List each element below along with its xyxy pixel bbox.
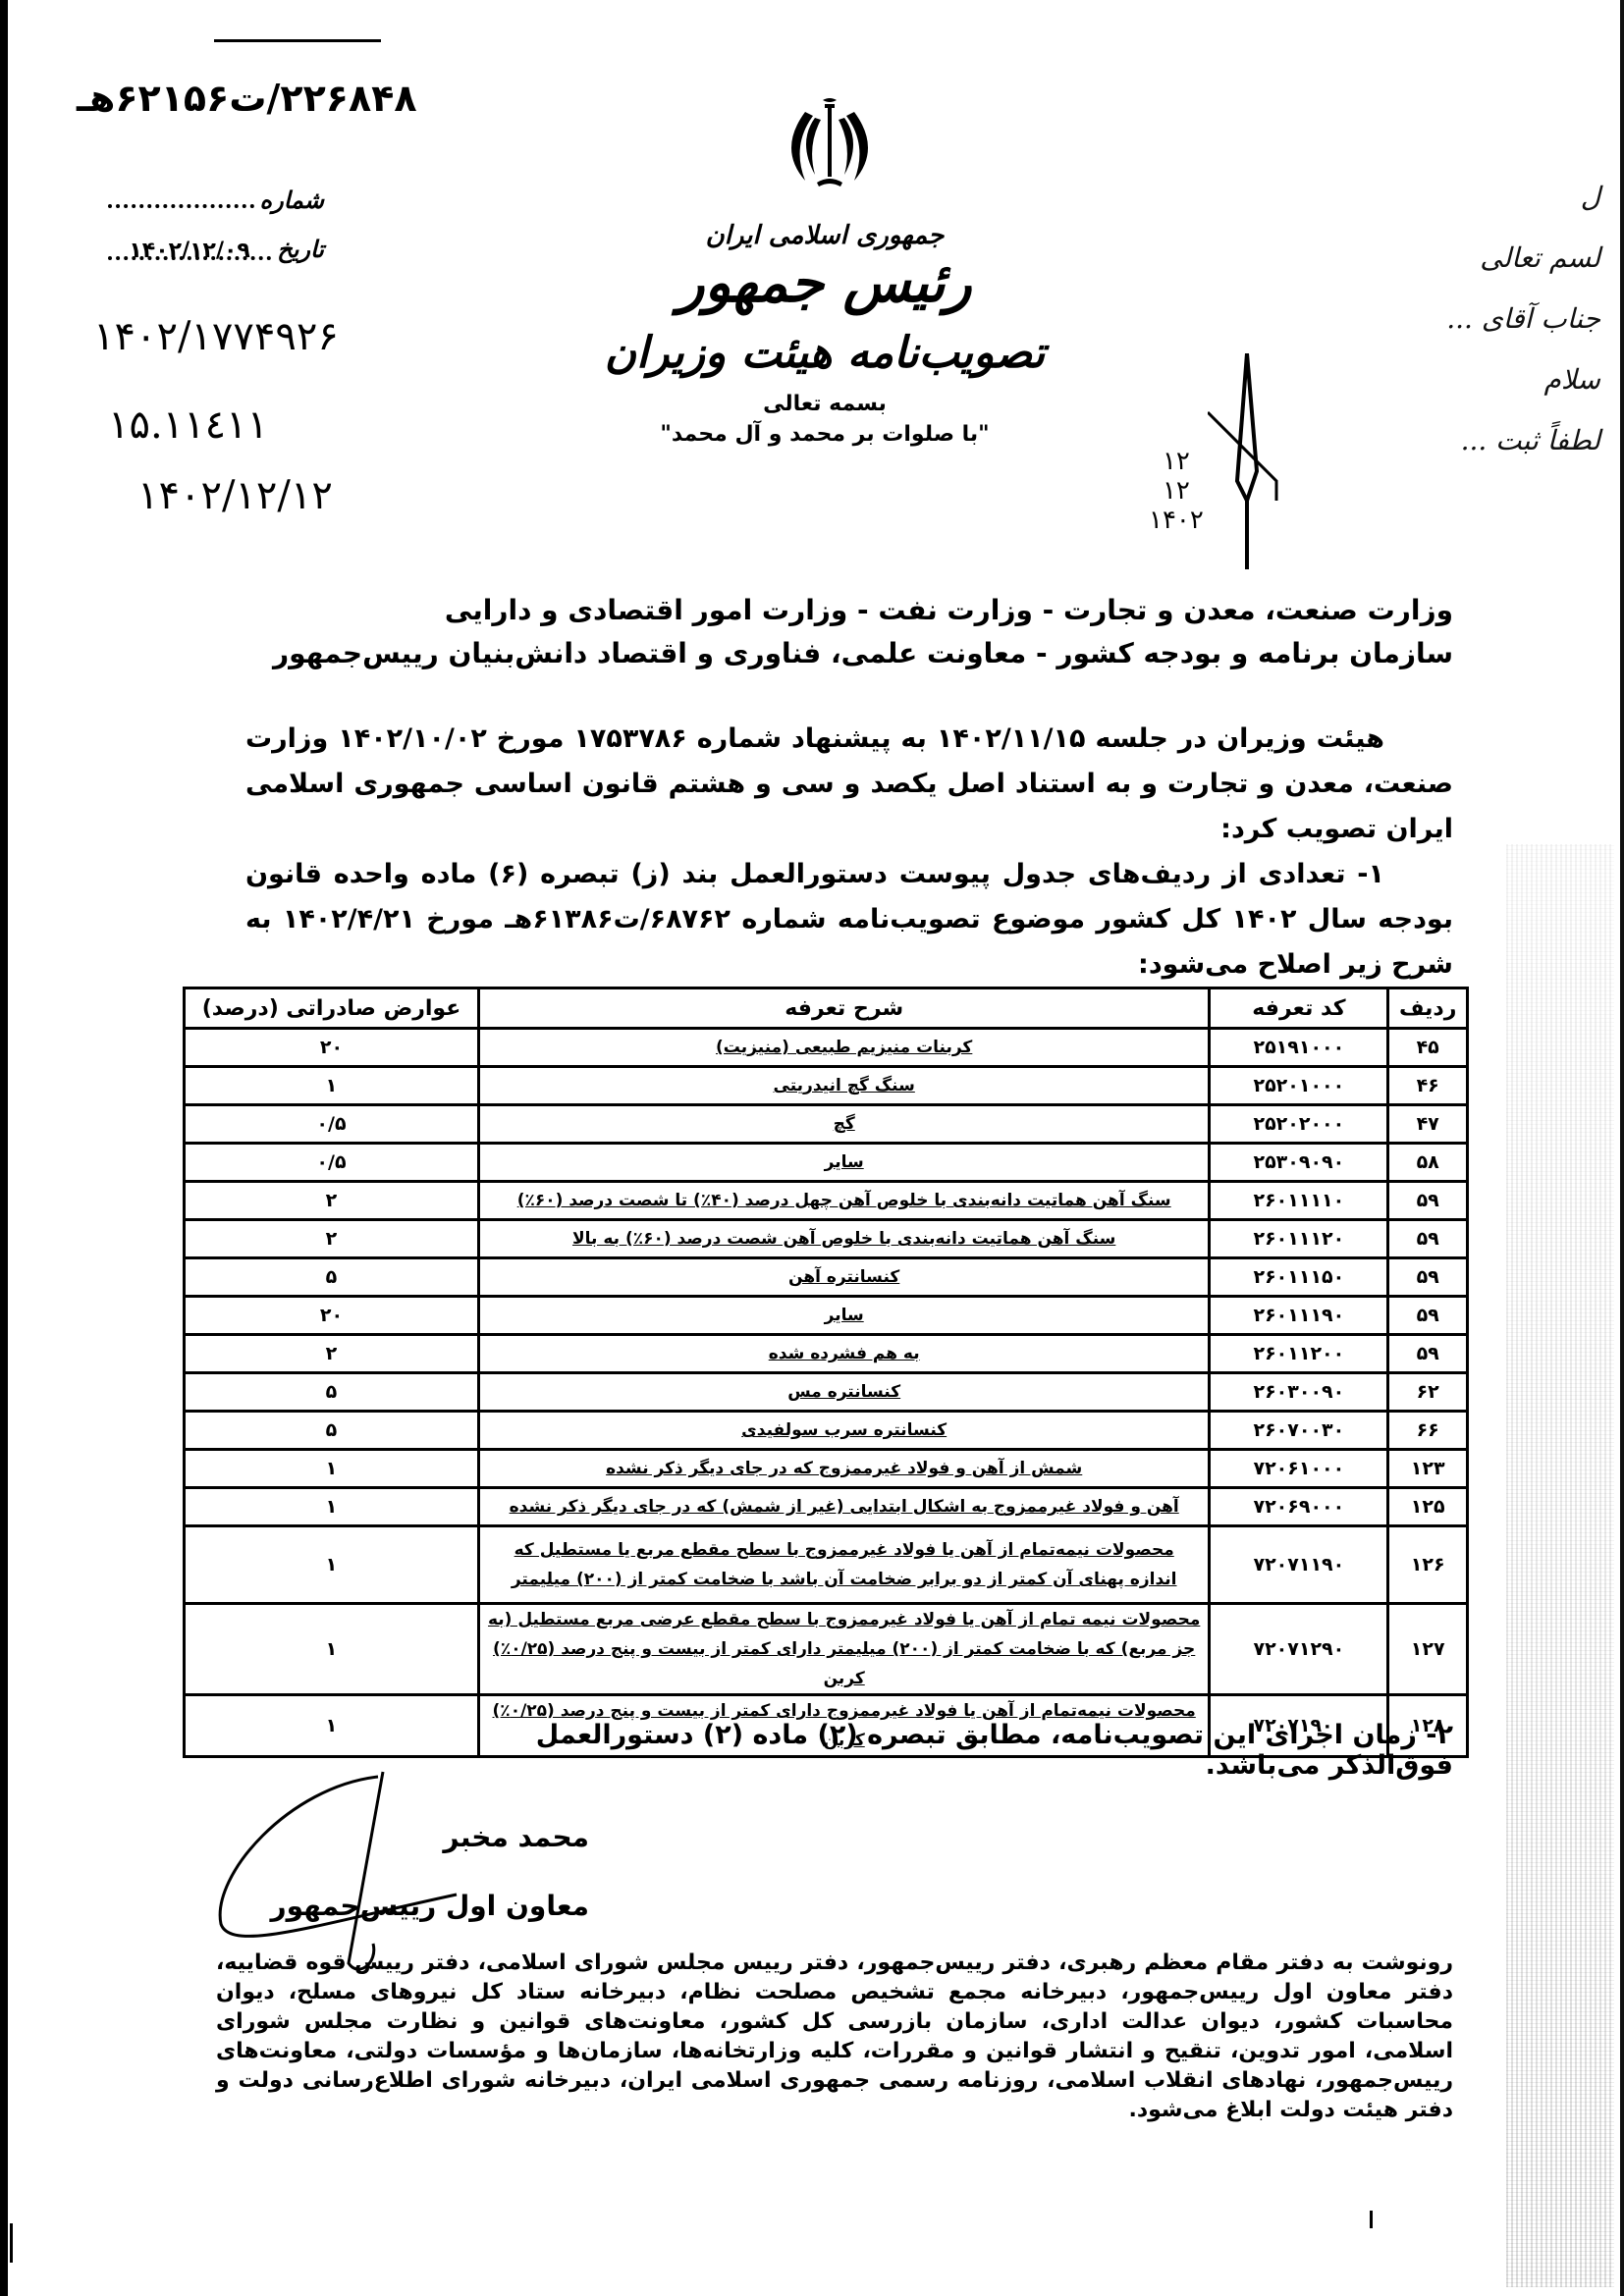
description-cell: گچ: [478, 1105, 1209, 1144]
header-description: شرح تعرفه: [478, 988, 1209, 1029]
export-duty-cell: ۲: [185, 1335, 479, 1373]
signer-name: محمد مخبر: [295, 1821, 589, 1853]
description-cell: آهن و فولاد غیرممزوج به اشکال ابتدایی (غ…: [478, 1488, 1209, 1526]
description-cell: محصولات نیمه تمام از آهن یا فولاد غیرممز…: [478, 1604, 1209, 1695]
date-value: ۱۴۰۲/۱۲/۰۹: [108, 239, 271, 260]
bismillah: بسمه تعالی: [550, 392, 1100, 416]
table-row: ۶۶۲۶۰۷۰۰۳۰کنسانتره سرب سولفیدی۵: [185, 1412, 1468, 1450]
table-row: ۵۹۲۶۰۱۱۱۵۰کنسانتره آهن۵: [185, 1258, 1468, 1297]
table-row: ۱۲۳۷۲۰۶۱۰۰۰شمش از آهن و فولاد غیرممزوج ک…: [185, 1450, 1468, 1488]
table-row: ۵۹۲۶۰۱۱۱۲۰سنگ آهن هماتیت دانه‌بندی با خل…: [185, 1220, 1468, 1258]
row-number-cell: ۵۹: [1388, 1220, 1468, 1258]
tariff-code-cell: ۲۵۳۰۹۰۹۰: [1210, 1144, 1388, 1182]
export-duty-cell: ۵: [185, 1258, 479, 1297]
export-duty-cell: ۱: [185, 1067, 479, 1105]
export-duty-cell: ۵: [185, 1373, 479, 1412]
description-cell: سایر: [478, 1297, 1209, 1335]
registry-block: شماره تاریخ ۱۴۰۲/۱۲/۰۹: [108, 187, 324, 285]
tariff-code-cell: ۲۶۰۱۱۲۰۰: [1210, 1335, 1388, 1373]
row-number-cell: ۱۲۷: [1388, 1604, 1468, 1695]
description-cell: کنسانتره آهن: [478, 1258, 1209, 1297]
date-label: تاریخ: [277, 236, 324, 263]
export-duty-cell: ۵: [185, 1412, 479, 1450]
tariff-code-cell: ۲۵۱۹۱۰۰۰: [1210, 1029, 1388, 1067]
handwritten-code: ۱۵.۱۱٤۱۱: [108, 402, 268, 448]
number-label: شماره: [260, 187, 324, 214]
table-row: ۵۹۲۶۰۱۱۱۹۰سایر۲۰: [185, 1297, 1468, 1335]
header-export-duty: عوارض صادراتی (درصد): [185, 988, 479, 1029]
row-number-cell: ۱۲۳: [1388, 1450, 1468, 1488]
page-mark: [10, 2223, 13, 2263]
scan-left-edge: [0, 0, 8, 2296]
export-duty-cell: ۱: [185, 1526, 479, 1604]
table-row: ۵۹۲۶۰۱۱۲۰۰به هم فشرده شده۲: [185, 1335, 1468, 1373]
tariff-code-cell: ۲۶۰۱۱۱۵۰: [1210, 1258, 1388, 1297]
row-number-cell: ۱۲۵: [1388, 1488, 1468, 1526]
row-number-cell: ۵۹: [1388, 1297, 1468, 1335]
letterhead: جمهوری اسلامی ایران رئیس جمهور تصویب‌نام…: [550, 221, 1100, 447]
header-row-number: ردیف: [1388, 988, 1468, 1029]
initial-scribble-icon: [1208, 353, 1286, 569]
export-duty-cell: ۱: [185, 1450, 479, 1488]
export-duty-cell: ۰/۵: [185, 1144, 479, 1182]
description-cell: کربنات منیزیم طبیعی (منیزیت): [478, 1029, 1209, 1067]
note-line: لسم تعالی: [1306, 228, 1600, 289]
date-year: ۱۴۰۲: [1149, 506, 1204, 535]
note-line: ل: [1306, 167, 1600, 228]
description-cell: شمش از آهن و فولاد غیرممزوج که در جای دی…: [478, 1450, 1209, 1488]
handwritten-registry-number: ۱۴۰۲/۱۷۷۴۹۲۶: [93, 314, 339, 359]
number-value: [108, 187, 254, 208]
row-number-cell: ۴۶: [1388, 1067, 1468, 1105]
table-row: ۴۷۲۵۲۰۲۰۰۰گچ۰/۵: [185, 1105, 1468, 1144]
republic-title: جمهوری اسلامی ایران: [550, 221, 1100, 250]
header-tariff-code: کد تعرفه: [1210, 988, 1388, 1029]
row-number-cell: ۵۹: [1388, 1258, 1468, 1297]
note-line: لطفاً ثبت ...: [1306, 410, 1600, 471]
table-row: ۴۶۲۵۲۰۱۰۰۰سنگ گچ انیدریتی۱: [185, 1067, 1468, 1105]
table-row: ۵۹۲۶۰۱۱۱۱۰سنگ آهن هماتیت دانه‌بندی با خل…: [185, 1182, 1468, 1220]
date-month: ۱۲: [1149, 476, 1204, 506]
tariff-code-cell: ۲۶۰۱۱۱۲۰: [1210, 1220, 1388, 1258]
tariff-code-cell: ۷۲۰۶۹۰۰۰: [1210, 1488, 1388, 1526]
export-duty-cell: ۲۰: [185, 1297, 479, 1335]
description-cell: کنسانتره سرب سولفیدی: [478, 1412, 1209, 1450]
table-row: ۵۸۲۵۳۰۹۰۹۰سایر۰/۵: [185, 1144, 1468, 1182]
row-number-cell: ۵۸: [1388, 1144, 1468, 1182]
date-day: ۱۲: [1149, 447, 1204, 476]
tariff-code-cell: ۲۵۲۰۱۰۰۰: [1210, 1067, 1388, 1105]
clause-2: ۲- زمان اجرای این تصویب‌نامه، مطابق تبصر…: [412, 1720, 1453, 1781]
table-row: ۱۲۷۷۲۰۷۱۲۹۰محصولات نیمه تمام از آهن یا ف…: [185, 1604, 1468, 1695]
note-line: جناب آقای ...: [1306, 289, 1600, 349]
export-duty-cell: ۰/۵: [185, 1105, 479, 1144]
scan-right-edge: [1620, 0, 1624, 2296]
salawat: "با صلوات بر محمد و آل محمد": [550, 422, 1100, 447]
tariff-code-cell: ۲۶۰۱۱۱۱۰: [1210, 1182, 1388, 1220]
table-header-row: ردیف کد تعرفه شرح تعرفه عوارض صادراتی (د…: [185, 988, 1468, 1029]
preamble: هیئت وزیران در جلسه ۱۴۰۲/۱۱/۱۵ به پیشنها…: [245, 717, 1453, 852]
recipients: وزارت صنعت، معدن و تجارت - وزارت نفت - و…: [245, 589, 1453, 675]
row-number-cell: ۵۹: [1388, 1182, 1468, 1220]
table-row: ۶۲۲۶۰۳۰۰۹۰کنسانتره مس۵: [185, 1373, 1468, 1412]
row-number-cell: ۶۶: [1388, 1412, 1468, 1450]
handwritten-date-fraction: ۱۲ ۱۲ ۱۴۰۲: [1149, 447, 1204, 535]
row-number-cell: ۴۷: [1388, 1105, 1468, 1144]
description-cell: سایر: [478, 1144, 1209, 1182]
row-number-cell: ۱۲۶: [1388, 1526, 1468, 1604]
description-cell: سنگ گچ انیدریتی: [478, 1067, 1209, 1105]
clause-1: ۱- تعدادی از ردیف‌های جدول پیوست دستورال…: [245, 852, 1453, 988]
tariff-code-cell: ۲۵۲۰۲۰۰۰: [1210, 1105, 1388, 1144]
tariff-code-cell: ۲۶۰۳۰۰۹۰: [1210, 1373, 1388, 1412]
row-number-cell: ۴۵: [1388, 1029, 1468, 1067]
iran-emblem-icon: [785, 98, 874, 196]
table-row: ۱۲۵۷۲۰۶۹۰۰۰آهن و فولاد غیرممزوج به اشکال…: [185, 1488, 1468, 1526]
office-title: رئیس جمهور: [550, 254, 1100, 312]
scan-noise: [1506, 844, 1614, 2287]
export-duty-cell: ۱: [185, 1488, 479, 1526]
handwritten-marginal-note: ل لسم تعالی جناب آقای ... سلام لطفاً ثبت…: [1306, 167, 1600, 471]
scan-mark: [1370, 2211, 1373, 2228]
row-number-cell: ۶۲: [1388, 1373, 1468, 1412]
tariff-code-cell: ۷۲۰۶۱۰۰۰: [1210, 1450, 1388, 1488]
export-duty-cell: ۱: [185, 1604, 479, 1695]
date-row: تاریخ ۱۴۰۲/۱۲/۰۹: [108, 236, 324, 285]
tariff-code-cell: ۷۲۰۷۱۱۹۰: [1210, 1526, 1388, 1604]
resolution-body: هیئت وزیران در جلسه ۱۴۰۲/۱۱/۱۵ به پیشنها…: [245, 717, 1453, 988]
signature-icon: [201, 1767, 476, 1973]
export-duty-cell: ۲۰: [185, 1029, 479, 1067]
document-type-title: تصویب‌نامه هیئت وزیران: [550, 328, 1100, 378]
description-cell: محصولات نیمه‌تمام از آهن یا فولاد غیرممز…: [478, 1526, 1209, 1604]
table-row: ۴۵۲۵۱۹۱۰۰۰کربنات منیزیم طبیعی (منیزیت)۲۰: [185, 1029, 1468, 1067]
top-rule: [214, 39, 381, 42]
tariff-code-cell: ۲۶۰۷۰۰۳۰: [1210, 1412, 1388, 1450]
description-cell: کنسانتره مس: [478, 1373, 1209, 1412]
tariff-code-cell: ۷۲۰۷۱۲۹۰: [1210, 1604, 1388, 1695]
description-cell: سنگ آهن هماتیت دانه‌بندی با خلوص آهن شصت…: [478, 1220, 1209, 1258]
export-duty-cell: ۲: [185, 1182, 479, 1220]
export-duty-cell: ۲: [185, 1220, 479, 1258]
row-number-cell: ۵۹: [1388, 1335, 1468, 1373]
recipients-line-1: وزارت صنعت، معدن و تجارت - وزارت نفت - و…: [245, 589, 1453, 632]
tariff-table: ردیف کد تعرفه شرح تعرفه عوارض صادراتی (د…: [183, 987, 1469, 1758]
note-line: سلام: [1306, 349, 1600, 410]
number-row: شماره: [108, 187, 324, 236]
handwritten-date: ۱۴۰۲/۱۲/۱۲: [137, 473, 333, 518]
cc-distribution: رونوشت به دفتر مقام معظم رهبری، دفتر ریی…: [216, 1949, 1453, 2125]
reference-number: ۲۲۶۸۴۸/ت۶۲۱۵۶هـ: [77, 77, 417, 120]
description-cell: به هم فشرده شده: [478, 1335, 1209, 1373]
recipients-line-2: سازمان برنامه و بودجه کشور - معاونت علمی…: [245, 632, 1453, 675]
table-row: ۱۲۶۷۲۰۷۱۱۹۰محصولات نیمه‌تمام از آهن یا ف…: [185, 1526, 1468, 1604]
signer-title: معاون اول رییس‌جمهور: [265, 1890, 589, 1922]
tariff-code-cell: ۲۶۰۱۱۱۹۰: [1210, 1297, 1388, 1335]
description-cell: سنگ آهن هماتیت دانه‌بندی با خلوص آهن چهل…: [478, 1182, 1209, 1220]
